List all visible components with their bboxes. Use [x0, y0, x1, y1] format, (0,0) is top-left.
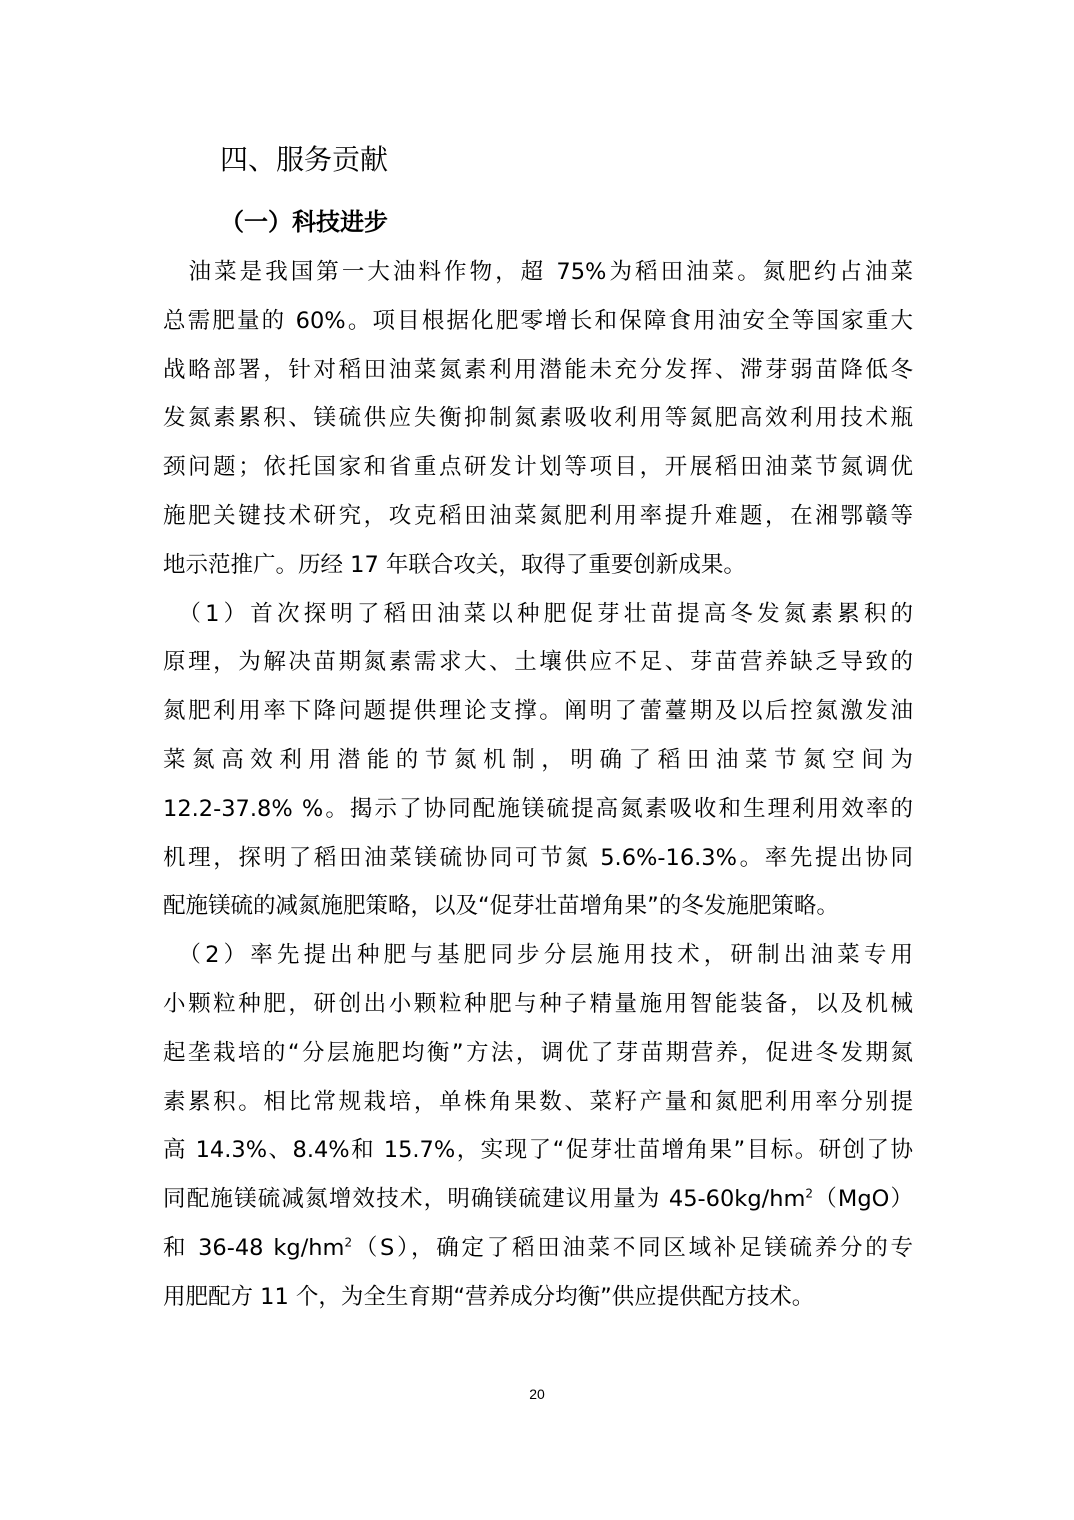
body-text: 油菜是我国第一大油料作物，超 75%为稻田油菜。氮肥约占油菜 总需肥量的 60%… — [163, 248, 913, 1322]
text-segment: （S），确定了稻田油菜不同区域补足镁硫养分的专 — [352, 1235, 913, 1261]
superscript: 2 — [805, 1187, 813, 1201]
text-line: 油菜是我国第一大油料作物，超 75%为稻田油菜。氮肥约占油菜 — [163, 248, 913, 297]
text-line: 起垄栽培的“分层施肥均衡”方法，调优了芽苗期营养，促进冬发期氮 — [163, 1029, 913, 1078]
text-line: 氮肥利用率下降问题提供理论支撑。阐明了蕾薹期及以后控氮激发油 — [163, 687, 913, 736]
text-line: 12.2-37.8% %。揭示了协同配施镁硫提高氮素吸收和生理利用效率的 — [163, 785, 913, 834]
text-line: 用肥配方 11 个，为全生育期“营养成分均衡”供应提供配方技术。 — [163, 1273, 913, 1322]
text-line: 战略部署，针对稻田油菜氮素利用潜能未充分发挥、滞芽弱苗降低冬 — [163, 346, 913, 395]
superscript: 2 — [344, 1235, 352, 1249]
text-line: 总需肥量的 60%。项目根据化肥零增长和保障食用油安全等国家重大 — [163, 297, 913, 346]
text-line: 同配施镁硫减氮增效技术，明确镁硫建议用量为 45-60kg/hm2（MgO） — [163, 1175, 913, 1224]
text-line: 素累积。相比常规栽培，单株角果数、菜籽产量和氮肥利用率分别提 — [163, 1078, 913, 1127]
text-segment: （MgO） — [813, 1186, 913, 1212]
text-line: （2）率先提出种肥与基肥同步分层施用技术，研制出油菜专用 — [163, 931, 913, 980]
text-line: 地示范推广。历经 17 年联合攻关，取得了重要创新成果。 — [163, 541, 913, 590]
text-line: 颈问题；依托国家和省重点研发计划等项目，开展稻田油菜节氮调优 — [163, 443, 913, 492]
document-page: 四、服务贡献 （一）科技进步 油菜是我国第一大油料作物，超 75%为稻田油菜。氮… — [0, 0, 1074, 1520]
text-line: 小颗粒种肥，研创出小颗粒种肥与种子精量施用智能装备，以及机械 — [163, 980, 913, 1029]
text-line: 原理，为解决苗期氮素需求大、土壤供应不足、芽苗营养缺乏导致的 — [163, 638, 913, 687]
text-segment: 和 36-48 kg/hm — [163, 1235, 344, 1261]
text-line: 菜氮高效利用潜能的节氮机制，明确了稻田油菜节氮空间为 — [163, 736, 913, 785]
text-line: （1）首次探明了稻田油菜以种肥促芽壮苗提高冬发氮素累积的 — [163, 590, 913, 639]
section-heading: 四、服务贡献 — [220, 140, 388, 180]
page-number: 20 — [0, 1386, 1074, 1402]
text-line: 高 14.3%、8.4%和 15.7%，实现了“促芽壮苗增角果”目标。研创了协 — [163, 1126, 913, 1175]
text-line: 配施镁硫的减氮施肥策略，以及“促芽壮苗增角果”的冬发施肥策略。 — [163, 882, 913, 931]
subsection-heading: （一）科技进步 — [220, 203, 388, 241]
text-line: 机理，探明了稻田油菜镁硫协同可节氮 5.6%-16.3%。率先提出协同 — [163, 834, 913, 883]
text-line: 施肥关键技术研究，攻克稻田油菜氮肥利用率提升难题，在湘鄂赣等 — [163, 492, 913, 541]
text-line: 发氮素累积、镁硫供应失衡抑制氮素吸收利用等氮肥高效利用技术瓶 — [163, 394, 913, 443]
text-segment: 同配施镁硫减氮增效技术，明确镁硫建议用量为 45-60kg/hm — [163, 1186, 805, 1212]
text-line: 和 36-48 kg/hm2（S），确定了稻田油菜不同区域补足镁硫养分的专 — [163, 1224, 913, 1273]
